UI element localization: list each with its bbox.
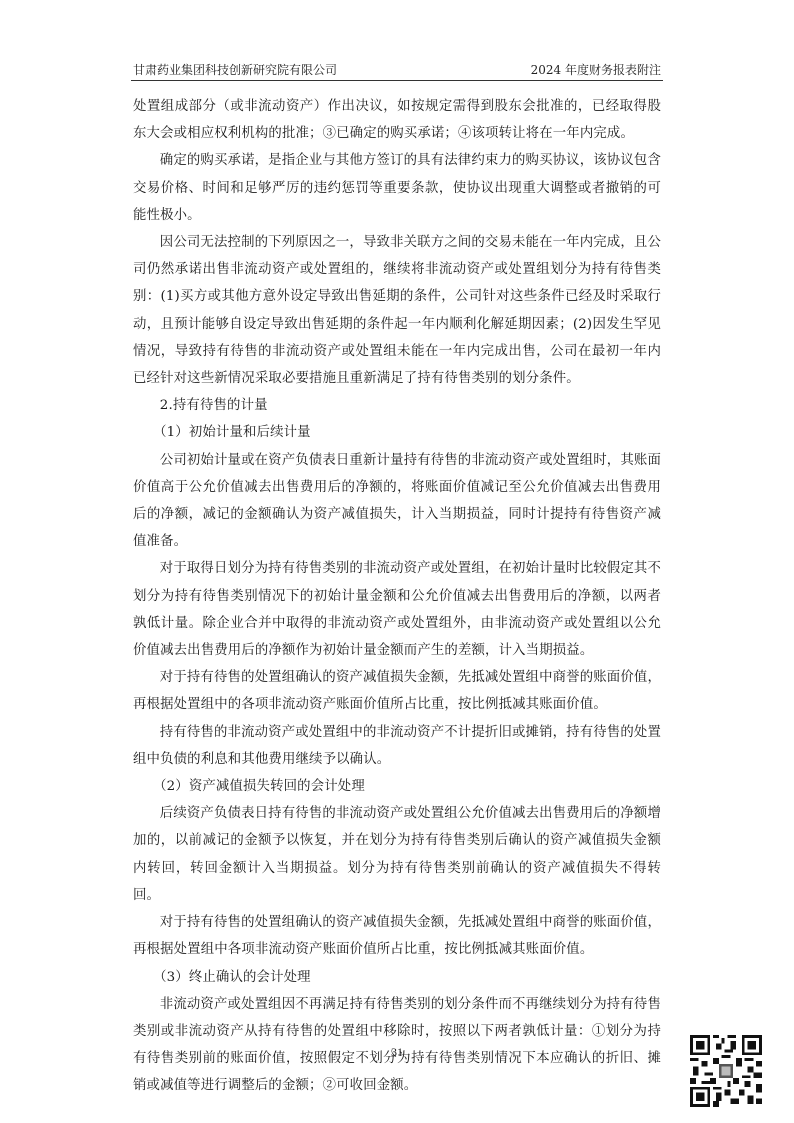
paragraph: 对于取得日划分为持有待售类别的非流动资产或处置组，在初始计量时比较假定其不划分为…: [133, 555, 661, 664]
paragraph: 对于持有待售的处置组确认的资产减值损失金额，先抵减处置组中商誉的账面价值，再根据…: [133, 664, 661, 718]
paragraph: 因公司无法控制的下列原因之一，导致非关联方之间的交易未能在一年内完成，且公司仍然…: [133, 229, 661, 392]
page-number: 31: [0, 1045, 794, 1060]
subsection-heading: （2）资产减值损失转回的会计处理: [133, 773, 661, 800]
paragraph: 公司初始计量或在资产负债表日重新计量持有待售的非流动资产或处置组时，其账面价值高…: [133, 447, 661, 556]
paragraph-continuation: 处置组成部分（或非流动资产）作出决议，如按规定需得到股东会批准的，已经取得股东大…: [133, 93, 661, 147]
header-report-title: 2024 年度财务报表附注: [531, 61, 661, 78]
document-body: 处置组成部分（或非流动资产）作出决议，如按规定需得到股东会批准的，已经取得股东大…: [133, 93, 661, 1100]
subsection-heading: （1）初始计量和后续计量: [133, 419, 661, 446]
section-heading: 2.持有待售的计量: [133, 392, 661, 419]
page-header: 甘肃药业集团科技创新研究院有限公司 2024 年度财务报表附注: [133, 58, 661, 78]
paragraph: 后续资产负债表日持有待售的非流动资产或处置组公允价值减去出售费用后的净额增加的，…: [133, 800, 661, 909]
qr-code-icon: [690, 1035, 762, 1107]
header-company-name: 甘肃药业集团科技创新研究院有限公司: [133, 61, 337, 78]
paragraph: 对于持有待售的处置组确认的资产减值损失金额，先抵减处置组中商誉的账面价值，再根据…: [133, 909, 661, 963]
subsection-heading: （3）终止确认的会计处理: [133, 964, 661, 991]
header-divider: [131, 80, 663, 81]
paragraph: 确定的购买承诺，是指企业与其他方签订的具有法律约束力的购买协议，该协议包含交易价…: [133, 147, 661, 229]
paragraph: 持有待售的非流动资产或处置组中的非流动资产不计提折旧或摊销，持有待售的处置组中负…: [133, 719, 661, 773]
